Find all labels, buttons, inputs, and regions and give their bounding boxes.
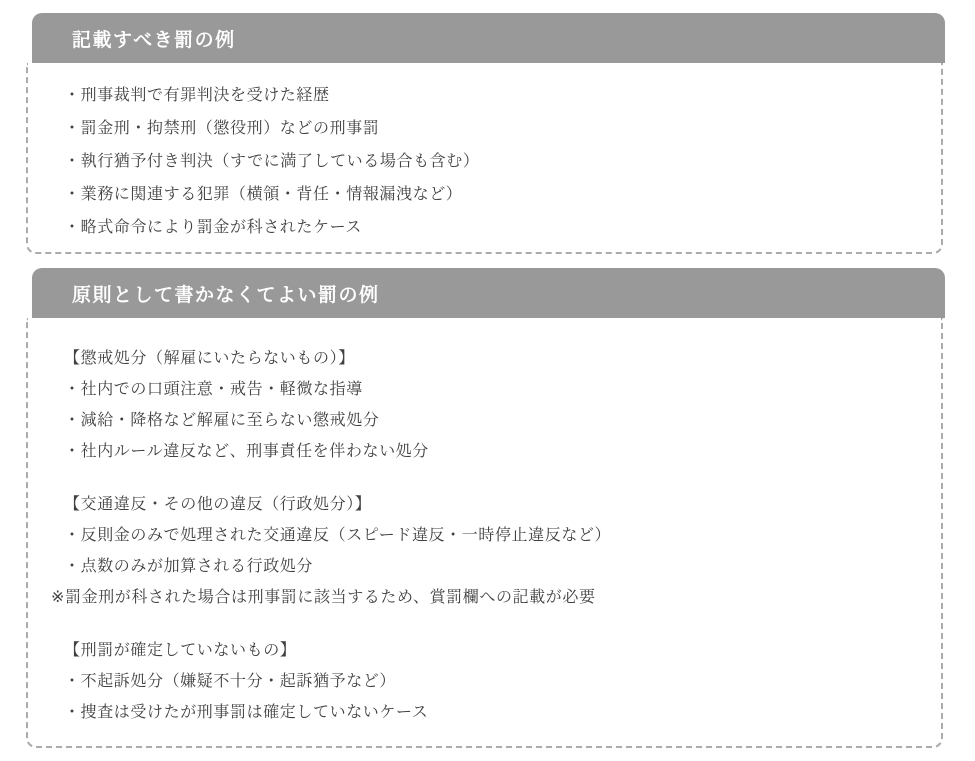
list-item: ・刑事裁判で有罪判決を受けた経歴 <box>64 79 921 112</box>
list-item: ・社内での口頭注意・戒告・軽微な指導 <box>64 374 921 405</box>
group-traffic-violations: 【交通違反・その他の違反（行政処分）】 ・反則金のみで処理された交通違反（スピー… <box>64 489 921 613</box>
list-item: ・執行猶予付き判決（すでに満了している場合も含む） <box>64 145 921 178</box>
list-item: ・捜査は受けたが刑事罰は確定していないケース <box>64 697 921 728</box>
list-item: ・不起訴処分（嫌疑不十分・起訴猶予など） <box>64 666 921 697</box>
list-item: ・社内ルール違反など、刑事責任を伴わない処分 <box>64 436 921 467</box>
list-item: ・業務に関連する犯罪（横領・背任・情報漏洩など） <box>64 178 921 211</box>
section-penalties-to-record: 記載すべき罰の例 ・刑事裁判で有罪判決を受けた経歴 ・罰金刑・拘禁刑（懲役刑）な… <box>26 13 943 254</box>
section-1-body: ・刑事裁判で有罪判決を受けた経歴 ・罰金刑・拘禁刑（懲役刑）などの刑事罰 ・執行… <box>26 63 943 254</box>
section-2-body: 【懲戒処分（解雇にいたらないもの）】 ・社内での口頭注意・戒告・軽微な指導 ・減… <box>26 318 943 748</box>
group-heading: 【懲戒処分（解雇にいたらないもの）】 <box>64 343 921 374</box>
list-item: ・略式命令により罰金が科されたケース <box>64 211 921 244</box>
note-line: ※罰金刑が科された場合は刑事罰に該当するため、賞罰欄への記載が必要 <box>51 582 921 613</box>
section-1-header: 記載すべき罰の例 <box>32 13 945 63</box>
group-heading: 【刑罰が確定していないもの】 <box>64 635 921 666</box>
list-item: ・罰金刑・拘禁刑（懲役刑）などの刑事罰 <box>64 112 921 145</box>
list-item: ・反則金のみで処理された交通違反（スピード違反・一時停止違反など） <box>64 520 921 551</box>
page: 記載すべき罰の例 ・刑事裁判で有罪判決を受けた経歴 ・罰金刑・拘禁刑（懲役刑）な… <box>0 0 975 761</box>
list-item: ・点数のみが加算される行政処分 <box>64 551 921 582</box>
group-unconfirmed-penalties: 【刑罰が確定していないもの】 ・不起訴処分（嫌疑不十分・起訴猶予など） ・捜査は… <box>64 635 921 728</box>
section-2-header: 原則として書かなくてよい罰の例 <box>32 268 945 318</box>
group-disciplinary-actions: 【懲戒処分（解雇にいたらないもの）】 ・社内での口頭注意・戒告・軽微な指導 ・減… <box>64 343 921 467</box>
section-2-title: 原則として書かなくてよい罰の例 <box>72 280 380 307</box>
list-item: ・減給・降格など解雇に至らない懲戒処分 <box>64 405 921 436</box>
group-heading: 【交通違反・その他の違反（行政処分）】 <box>64 489 921 520</box>
section-penalties-not-required: 原則として書かなくてよい罰の例 【懲戒処分（解雇にいたらないもの）】 ・社内での… <box>26 268 943 748</box>
section-1-title: 記載すべき罰の例 <box>72 25 236 52</box>
